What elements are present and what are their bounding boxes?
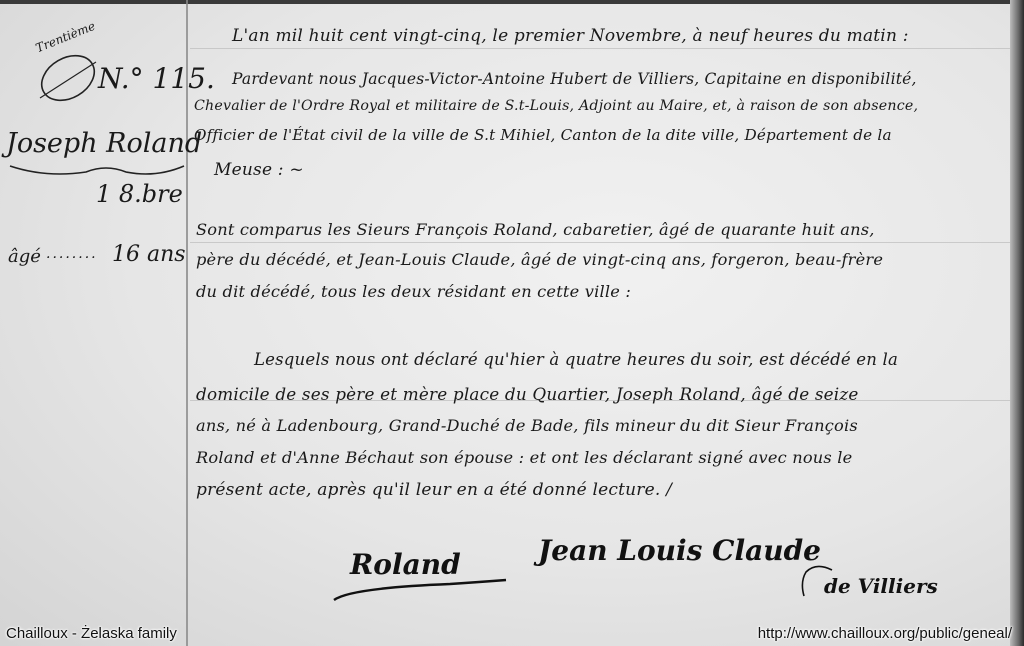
signature-de-villiers: de Villiers [824,574,938,598]
record-line: Chevalier de l'Ordre Royal et militaire … [194,98,918,114]
ruled-line [190,242,1010,243]
record-line: du dit décédé, tous les deux résidant en… [196,282,631,301]
margin-rule [186,0,188,646]
family-caption: Chailloux - Żelaska family [6,625,177,642]
underline-flourish-icon [6,160,186,182]
signature-jean-louis-claude: Jean Louis Claude [538,534,821,567]
margin-date: 1 8.bre [96,180,183,208]
record-line: Roland et d'Anne Béchaut son épouse : et… [196,448,852,467]
record-line: Sont comparus les Sieurs François Roland… [196,220,875,239]
ruled-line [190,48,1010,49]
record-line: Meuse : ~ [214,160,304,180]
dotted-leader: ........ [46,246,98,262]
record-number: N.° 115. [98,62,215,95]
page-top-edge [0,0,1024,4]
record-line: ans, né à Ladenbourg, Grand-Duché de Bad… [196,416,858,435]
flourish-icon [34,48,104,110]
signature-flourish-icon [330,576,510,606]
record-line: Pardevant nous Jacques-Victor-Antoine Hu… [232,70,917,88]
record-line: présent acte, après qu'il leur en a été … [196,480,672,500]
record-line: domicile de ses père et mère place du Qu… [196,384,859,404]
scanned-document: Trentième N.° 115. Joseph Roland 1 8.bre… [0,0,1024,646]
record-line: L'an mil huit cent vingt-cinq, le premie… [232,26,909,46]
record-line: Lesquels nous ont déclaré qu'hier à quat… [254,350,898,369]
source-url[interactable]: http://www.chailloux.org/public/geneal/ [758,625,1012,642]
record-line: Officier de l'État civil de la ville de … [194,126,892,144]
page-binding-shadow [1010,0,1024,646]
age-value: 16 ans [112,242,186,267]
deceased-name: Joseph Roland [6,128,202,159]
age-label: âgé [8,246,41,267]
record-line: père du décédé, et Jean-Louis Claude, âg… [196,250,883,269]
